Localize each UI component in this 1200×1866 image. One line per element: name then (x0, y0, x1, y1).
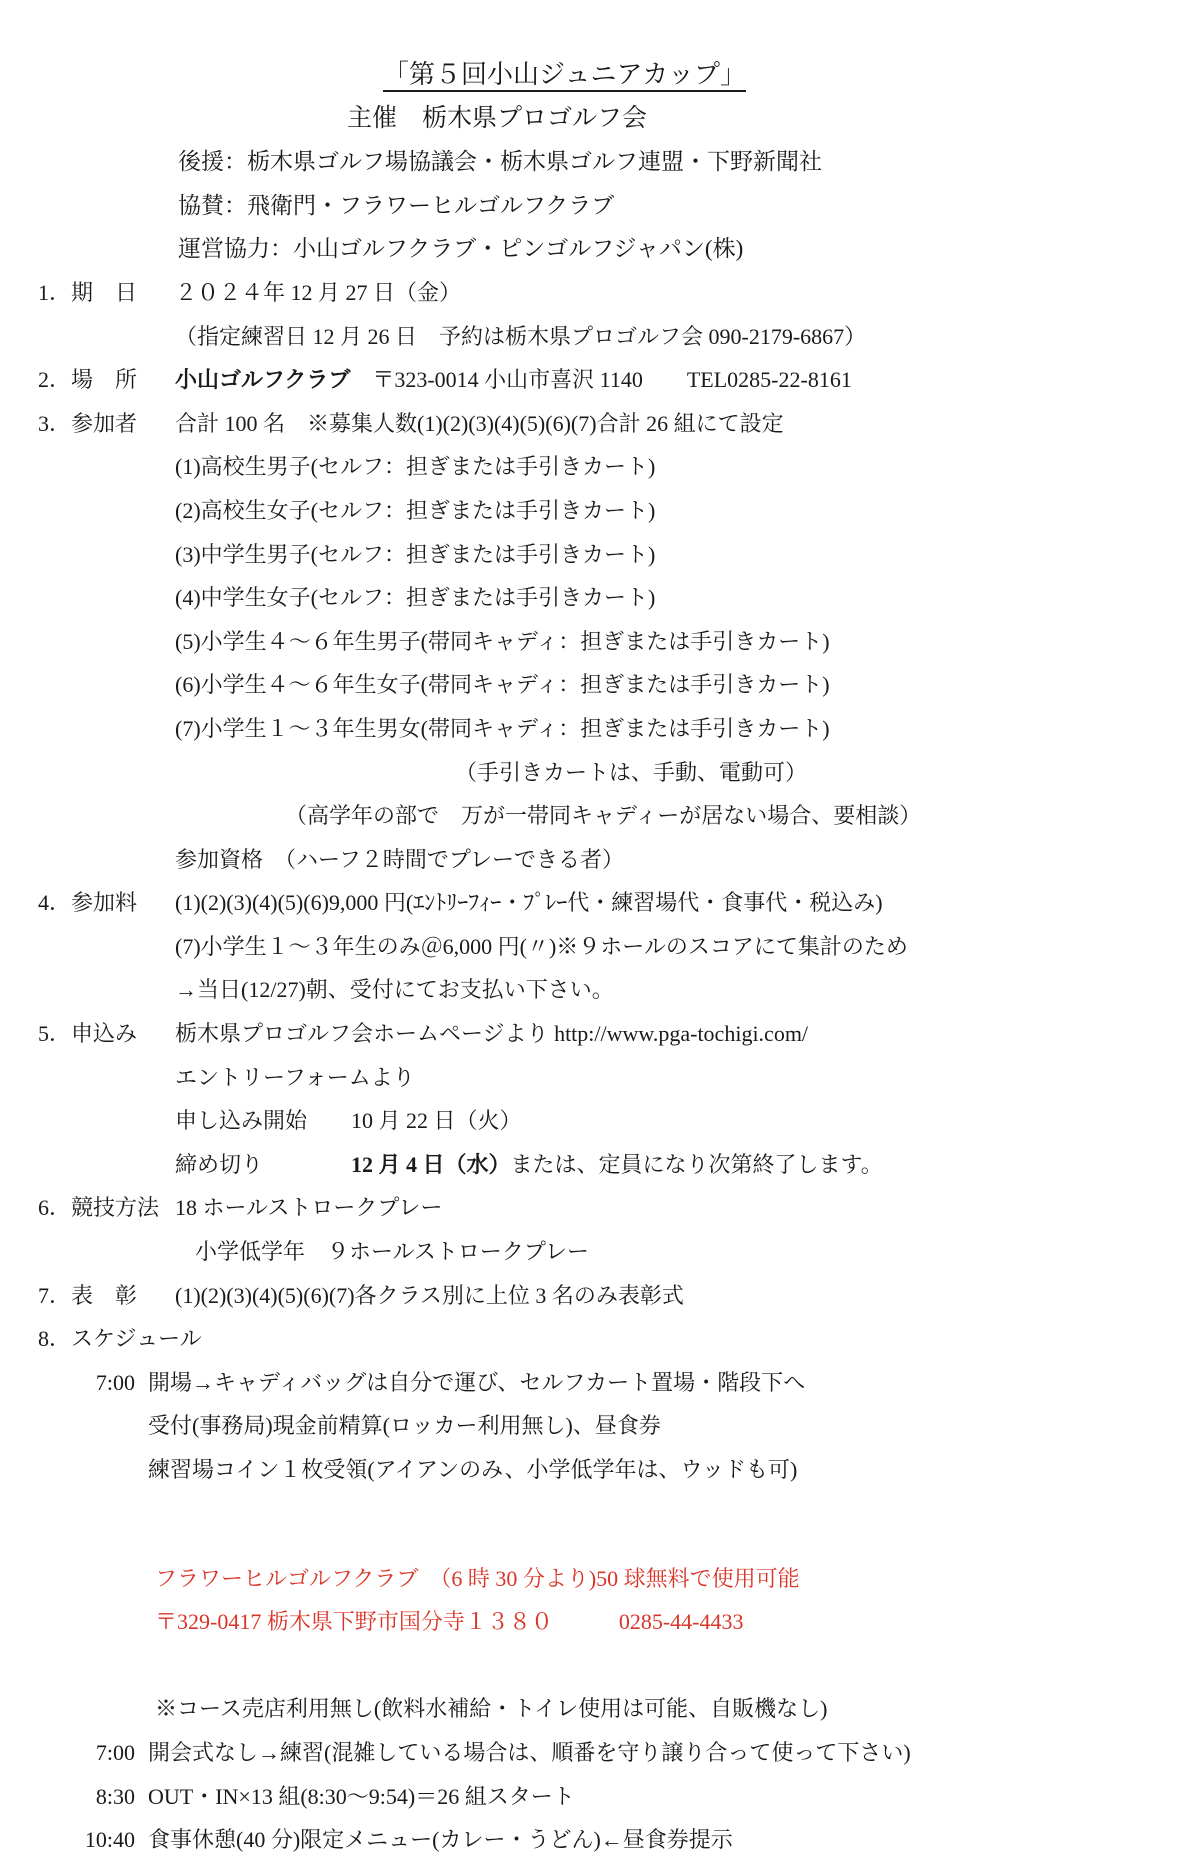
category-3: (3)中学生男子(セルフ：担ぎまたは手引きカート) (0, 533, 1200, 577)
category-5: (5)小学生４～６年生男子(帯同キャディ：担ぎまたは手引きカート) (0, 620, 1200, 664)
line-body: 協賛：飛衛門・フラワーヒルゴルフクラブ (178, 184, 614, 228)
category-6: (6)小学生４～６年生女子(帯同キャディ：担ぎまたは手引きカート) (0, 663, 1200, 707)
text-segment: 後援：栃木県ゴルフ場協議会・栃木県ゴルフ連盟・下野新聞社 (178, 149, 822, 174)
qualification-line: 参加資格 （ハーフ２時間でプレーできる者） (0, 838, 1200, 882)
line-body: 食事休憩(40 分)限定メニュー(カレー・うどん)←昼食券提示 (148, 1818, 733, 1862)
item-number: 2．場 所 (38, 358, 137, 402)
text-segment: 協賛：飛衛門・フラワーヒルゴルフクラブ (178, 193, 614, 218)
item-3-participants: 3．参加者合計 100 名 ※募集人数(1)(2)(3)(4)(5)(6)(7)… (0, 402, 1200, 446)
fee-elementary: (7)小学生１～３年生のみ＠6,000 円(〃)※９ホールのスコアにて集計のため (0, 925, 1200, 969)
line-body: ※コース売店利用無し(飲料水補給・トイレ使用は可能、自販機なし) (155, 1687, 827, 1731)
sched-open: 7:00開場→キャディバッグは自分で運び、セルフカート置場・階段下へ (0, 1361, 1200, 1405)
text-segment: (2)高校生女子(セルフ：担ぎまたは手引きカート) (175, 498, 655, 523)
item-8-schedule: 8．スケジュール (0, 1317, 1200, 1361)
category-1: (1)高校生男子(セルフ：担ぎまたは手引きカート) (0, 445, 1200, 489)
category-7: (7)小学生１～３年生男女(帯同キャディ：担ぎまたは手引きカート) (0, 707, 1200, 751)
item-6-format: 6．競技方法18 ホールストロークプレー (0, 1186, 1200, 1230)
practice-range-red-1: フラワーヒルゴルフクラブ （6 時 30 分より)50 球無料で使用可能 (0, 1557, 1200, 1601)
item-number: 8．スケジュール (38, 1317, 202, 1361)
text-segment: ※コース売店利用無し(飲料水補給・トイレ使用は可能、自販機なし) (155, 1696, 827, 1721)
document-page: 「第５回小山ジュニアカップ」主催 栃木県プロゴルフ会後援：栃木県ゴルフ場協議会・… (0, 0, 1200, 1866)
line-body: （指定練習日 12 月 26 日 予約は栃木県プロゴルフ会 090-2179-6… (175, 315, 866, 359)
line-body: 開会式なし→練習(混雑している場合は、順番を守り譲り合って使って下さい) (148, 1731, 911, 1775)
cooperation-line: 運営協力：小山ゴルフクラブ・ピンゴルフジャパン(株) (0, 227, 1200, 271)
text-segment: 参加資格 （ハーフ２時間でプレーできる者） (175, 847, 624, 872)
item-4-fee: 4．参加料(1)(2)(3)(4)(5)(6)9,000 円(ｴﾝﾄﾘｰﾌｨｰ・… (0, 881, 1200, 925)
text-segment: エントリーフォームより (175, 1065, 415, 1090)
text-segment: 運営協力：小山ゴルフクラブ・ピンゴルフジャパン(株) (178, 236, 743, 261)
text-segment: 12 月 4 日（水） (351, 1152, 511, 1177)
line-body: 栃木県プロゴルフ会ホームページより http://www.pga-tochigi… (175, 1012, 808, 1056)
text-segment: 小山ゴルフクラブ (175, 367, 350, 392)
schedule-time: 7:00 (0, 1361, 135, 1405)
text-segment: 〒329-0417 栃木県下野市国分寺１３８０ 0285-44-4433 (155, 1609, 743, 1634)
document-body: 「第５回小山ジュニアカップ」主催 栃木県プロゴルフ会後援：栃木県ゴルフ場協議会・… (0, 53, 1200, 1862)
line-body: 18 ホールストロークプレー (175, 1186, 443, 1230)
line-body: →当日(12/27)朝、受付にてお支払い下さい。 (175, 968, 614, 1012)
line-body: フラワーヒルゴルフクラブ （6 時 30 分より)50 球無料で使用可能 (155, 1557, 800, 1601)
fee-payment: →当日(12/27)朝、受付にてお支払い下さい。 (0, 968, 1200, 1012)
line-body: （高学年の部で 万が一帯同キャディーが居ない場合、要相談） (285, 794, 921, 838)
text-segment: (7)小学生１～３年生男女(帯同キャディ：担ぎまたは手引きカート) (175, 716, 830, 741)
text-segment: または、定員になり次第終了します。 (511, 1152, 883, 1177)
line-body: (7)小学生１～３年生のみ＠6,000 円(〃)※９ホールのスコアにて集計のため (175, 925, 908, 969)
text-segment: →当日(12/27)朝、受付にてお支払い下さい。 (175, 977, 614, 1002)
text-segment: (1)(2)(3)(4)(5)(6)9,000 円(ｴﾝﾄﾘｰﾌｨｰ・ﾌﾟﾚｰ代… (175, 890, 883, 915)
format-elementary: 小学低学年 ９ホールストロークプレー (0, 1230, 1200, 1274)
text-segment: (6)小学生４～６年生女子(帯同キャディ：担ぎまたは手引きカート) (175, 672, 830, 697)
line-body: 運営協力：小山ゴルフクラブ・ピンゴルフジャパン(株) (178, 227, 743, 271)
item-number: 4．参加料 (38, 881, 137, 925)
text-segment: 「第５回小山ジュニアカップ」 (383, 60, 746, 89)
line-body: 開場→キャディバッグは自分で運び、セルフカート置場・階段下へ (148, 1361, 805, 1405)
sched-start: 8:30OUT・IN×13 組(8:30～9:54)＝26 組スタート (0, 1775, 1200, 1819)
website-url[interactable]: http://www.pga-tochigi.com/ (554, 1021, 808, 1046)
line-body: (1)(2)(3)(4)(5)(6)(7)各クラス別に上位 3 名のみ表彰式 (175, 1274, 684, 1318)
line-body: 受付(事務局)現金前精算(ロッカー利用無し)、昼食券 (148, 1404, 661, 1448)
line-body: (7)小学生１～３年生男女(帯同キャディ：担ぎまたは手引きカート) (175, 707, 830, 751)
text-segment: 開場→キャディバッグは自分で運び、セルフカート置場・階段下へ (148, 1370, 805, 1395)
text-segment: 栃木県プロゴルフ会ホームページより (175, 1021, 554, 1046)
sched-lunch: 10:40食事休憩(40 分)限定メニュー(カレー・うどん)←昼食券提示 (0, 1818, 1200, 1862)
line-body: 〒329-0417 栃木県下野市国分寺１３８０ 0285-44-4433 (155, 1600, 743, 1644)
schedule-time: 7:00 (0, 1731, 135, 1775)
line-body: （手引きカートは、手動、電動可） (455, 751, 807, 795)
category-4: (4)中学生女子(セルフ：担ぎまたは手引きカート) (0, 576, 1200, 620)
line-body: 後援：栃木県ゴルフ場協議会・栃木県ゴルフ連盟・下野新聞社 (178, 140, 822, 184)
schedule-time: 8:30 (0, 1775, 135, 1819)
text-segment: OUT・IN×13 組(8:30～9:54)＝26 組スタート (148, 1784, 575, 1809)
line-body: 締め切り 12 月 4 日（水）または、定員になり次第終了します。 (175, 1143, 883, 1187)
text-segment: 締め切り (175, 1152, 351, 1177)
course-shop-note: ※コース売店利用無し(飲料水補給・トイレ使用は可能、自販機なし) (0, 1687, 1200, 1731)
line-body: OUT・IN×13 組(8:30～9:54)＝26 組スタート (148, 1775, 575, 1819)
line-body: (2)高校生女子(セルフ：担ぎまたは手引きカート) (175, 489, 655, 533)
item-number: 5．申込み (38, 1012, 137, 1056)
text-segment: （手引きカートは、手動、電動可） (455, 760, 807, 785)
line-body: (1)(2)(3)(4)(5)(6)9,000 円(ｴﾝﾄﾘｰﾌｨｰ・ﾌﾟﾚｰ代… (175, 881, 883, 925)
line-body: (4)中学生女子(セルフ：担ぎまたは手引きカート) (175, 576, 655, 620)
line-body: 「第５回小山ジュニアカップ」 (383, 53, 746, 97)
item-number: 1．期 日 (38, 271, 137, 315)
text-segment: 〒323-0014 小山市喜沢 1140 TEL0285-22-8161 (350, 367, 851, 392)
text-segment: 主催 栃木県プロゴルフ会 (347, 105, 647, 132)
caddy-note: （高学年の部で 万が一帯同キャディーが居ない場合、要相談） (0, 794, 1200, 838)
line-body: エントリーフォームより (175, 1056, 415, 1100)
text-segment: （指定練習日 12 月 26 日 予約は栃木県プロゴルフ会 090-2179-6… (175, 324, 866, 349)
sched-reception: 受付(事務局)現金前精算(ロッカー利用無し)、昼食券 (0, 1404, 1200, 1448)
entry-form-line: エントリーフォームより (0, 1056, 1200, 1100)
support-line: 後援：栃木県ゴルフ場協議会・栃木県ゴルフ連盟・下野新聞社 (0, 140, 1200, 184)
item-7-awards: 7．表 彰(1)(2)(3)(4)(5)(6)(7)各クラス別に上位 3 名のみ… (0, 1274, 1200, 1318)
text-segment: (1)(2)(3)(4)(5)(6)(7)各クラス別に上位 3 名のみ表彰式 (175, 1283, 684, 1308)
line-body: 参加資格 （ハーフ２時間でプレーできる者） (175, 838, 624, 882)
blank-line (0, 1492, 1200, 1557)
item-5-entry: 5．申込み栃木県プロゴルフ会ホームページより http://www.pga-to… (0, 1012, 1200, 1056)
text-segment: 18 ホールストロークプレー (175, 1195, 443, 1220)
line-body: 小学低学年 ９ホールストロークプレー (195, 1230, 589, 1274)
date-practice-note: （指定練習日 12 月 26 日 予約は栃木県プロゴルフ会 090-2179-6… (0, 315, 1200, 359)
blank-line (0, 1644, 1200, 1688)
category-2: (2)高校生女子(セルフ：担ぎまたは手引きカート) (0, 489, 1200, 533)
text-segment: 練習場コイン１枚受領(アイアンのみ、小学低学年は、ウッドも可) (148, 1457, 797, 1482)
organizer-line: 主催 栃木県プロゴルフ会 (0, 97, 1200, 141)
text-segment: 合計 100 名 ※募集人数(1)(2)(3)(4)(5)(6)(7)合計 26… (175, 411, 784, 436)
line-body: (5)小学生４～６年生男子(帯同キャディ：担ぎまたは手引きカート) (175, 620, 830, 664)
practice-range-red-2: 〒329-0417 栃木県下野市国分寺１３８０ 0285-44-4433 (0, 1600, 1200, 1644)
line-body: (3)中学生男子(セルフ：担ぎまたは手引きカート) (175, 533, 655, 577)
item-number: 3．参加者 (38, 402, 137, 446)
entry-start-line: 申し込み開始 10 月 22 日（火） (0, 1099, 1200, 1143)
item-number: 7．表 彰 (38, 1274, 137, 1318)
text-segment: （高学年の部で 万が一帯同キャディーが居ない場合、要相談） (285, 803, 921, 828)
line-body: 小山ゴルフクラブ 〒323-0014 小山市喜沢 1140 TEL0285-22… (175, 358, 852, 402)
line-body: 練習場コイン１枚受領(アイアンのみ、小学低学年は、ウッドも可) (148, 1448, 797, 1492)
line-body: ２０２４年 12 月 27 日（金） (175, 271, 461, 315)
sponsor-line: 協賛：飛衛門・フラワーヒルゴルフクラブ (0, 184, 1200, 228)
text-segment: (5)小学生４～６年生男子(帯同キャディ：担ぎまたは手引きカート) (175, 629, 830, 654)
sched-coin: 練習場コイン１枚受領(アイアンのみ、小学低学年は、ウッドも可) (0, 1448, 1200, 1492)
text-segment: 食事休憩(40 分)限定メニュー(カレー・うどん)←昼食券提示 (148, 1827, 733, 1852)
line-body: (6)小学生４～６年生女子(帯同キャディ：担ぎまたは手引きカート) (175, 663, 830, 707)
cart-note: （手引きカートは、手動、電動可） (0, 751, 1200, 795)
text-segment: 受付(事務局)現金前精算(ロッカー利用無し)、昼食券 (148, 1413, 661, 1438)
line-body: 申し込み開始 10 月 22 日（火） (175, 1099, 522, 1143)
line-body: 主催 栃木県プロゴルフ会 (347, 97, 647, 141)
text-segment: 申し込み開始 10 月 22 日（火） (175, 1108, 522, 1133)
text-segment: (3)中学生男子(セルフ：担ぎまたは手引きカート) (175, 542, 655, 567)
tournament-title: 「第５回小山ジュニアカップ」 (0, 53, 1200, 97)
text-segment: (1)高校生男子(セルフ：担ぎまたは手引きカート) (175, 454, 655, 479)
entry-deadline-line: 締め切り 12 月 4 日（水）または、定員になり次第終了します。 (0, 1143, 1200, 1187)
item-number: 6．競技方法 (38, 1186, 159, 1230)
schedule-time: 10:40 (0, 1818, 135, 1862)
line-body: (1)高校生男子(セルフ：担ぎまたは手引きカート) (175, 445, 655, 489)
text-segment: フラワーヒルゴルフクラブ （6 時 30 分より)50 球無料で使用可能 (155, 1566, 800, 1591)
text-segment: ２０２４年 12 月 27 日（金） (175, 280, 461, 305)
sched-ceremony: 7:00開会式なし→練習(混雑している場合は、順番を守り譲り合って使って下さい) (0, 1731, 1200, 1775)
text-segment: 小学低学年 ９ホールストロークプレー (195, 1239, 589, 1264)
line-body: 合計 100 名 ※募集人数(1)(2)(3)(4)(5)(6)(7)合計 26… (175, 402, 784, 446)
text-segment: 開会式なし→練習(混雑している場合は、順番を守り譲り合って使って下さい) (148, 1740, 911, 1765)
item-1-date: 1．期 日２０２４年 12 月 27 日（金） (0, 271, 1200, 315)
item-2-place: 2．場 所小山ゴルフクラブ 〒323-0014 小山市喜沢 1140 TEL02… (0, 358, 1200, 402)
text-segment: (7)小学生１～３年生のみ＠6,000 円(〃)※９ホールのスコアにて集計のため (175, 934, 908, 959)
text-segment: (4)中学生女子(セルフ：担ぎまたは手引きカート) (175, 585, 655, 610)
